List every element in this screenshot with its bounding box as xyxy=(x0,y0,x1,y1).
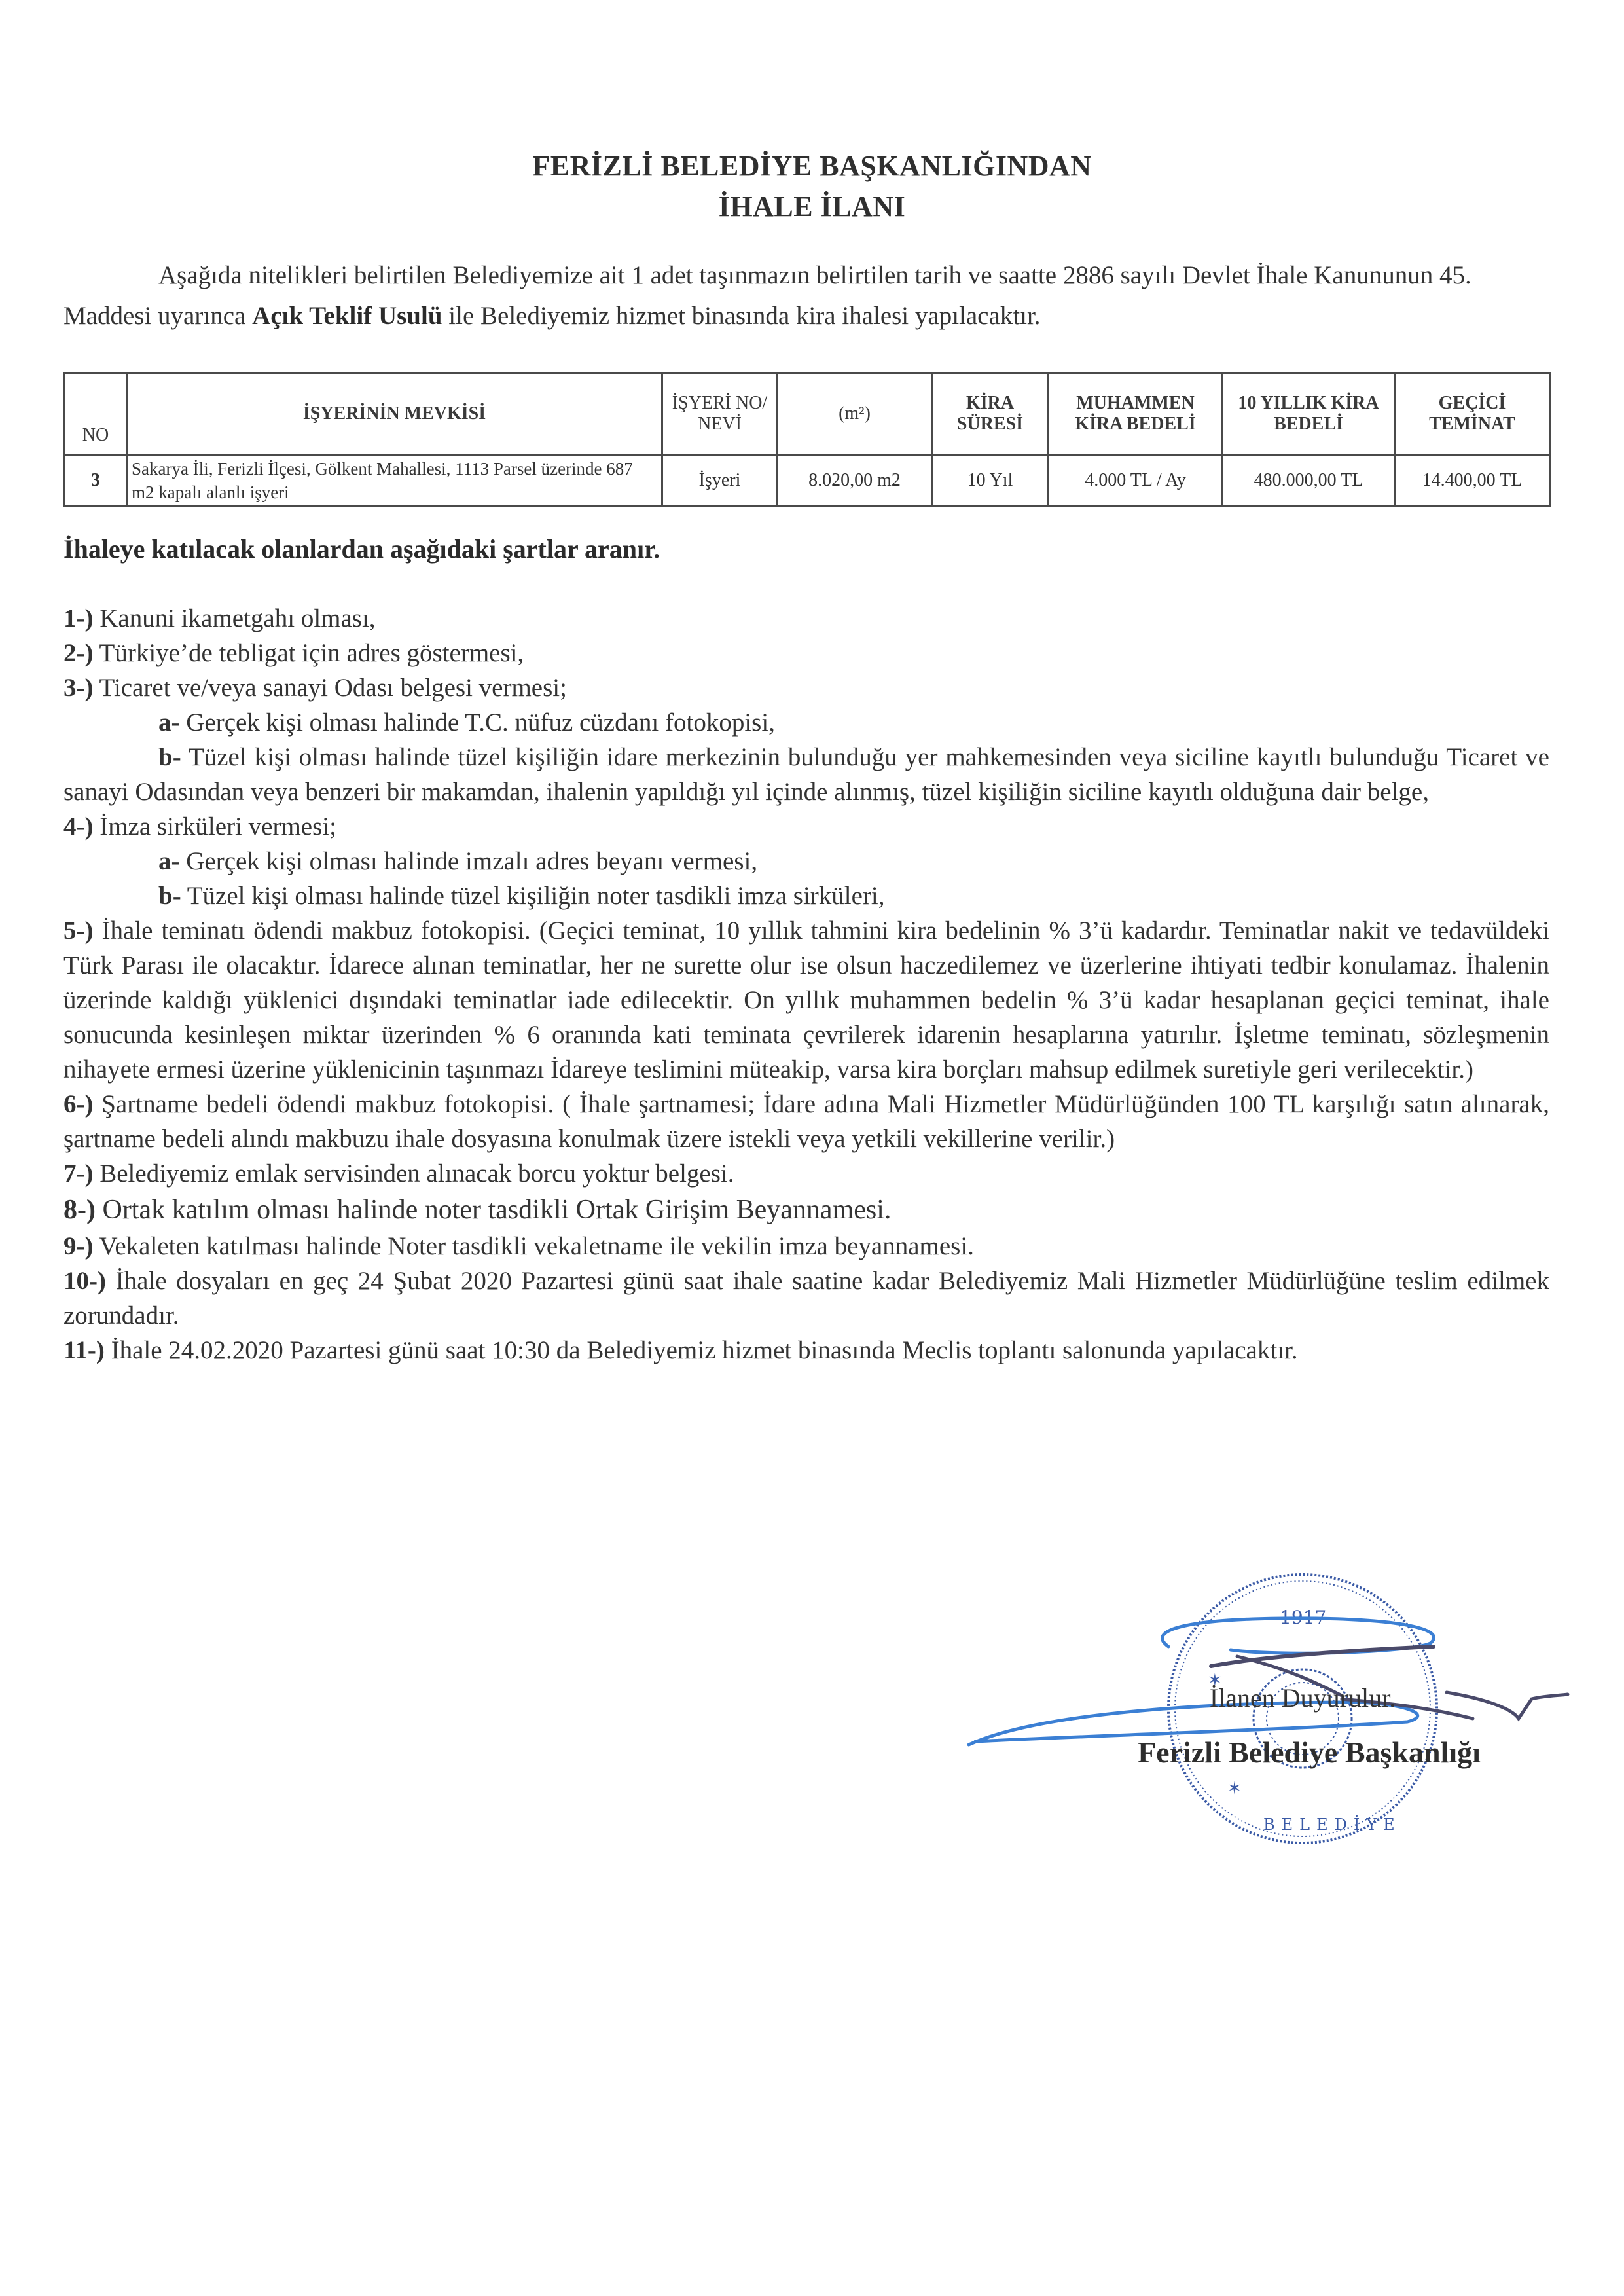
condition-item: 1-) Kanuni ikametgahı olması, xyxy=(63,601,1549,636)
col-header-estimated-rent: MUHAMMEN KİRA BEDELİ xyxy=(1049,373,1223,455)
condition-subitem: a- Gerçek kişi olması halinde imzalı adr… xyxy=(63,844,1549,879)
condition-text: Ticaret ve/veya sanayi Odası belgesi ver… xyxy=(93,674,566,702)
intro-bold-method: Açık Teklif Usulü xyxy=(252,302,442,330)
condition-number: 8-) xyxy=(63,1195,96,1225)
condition-text: Ortak katılım olması halinde noter tasdi… xyxy=(96,1195,891,1225)
condition-text: Kanuni ikametgahı olması, xyxy=(93,604,375,632)
condition-item: 6-) Şartname bedeli ödendi makbuz fotoko… xyxy=(63,1087,1549,1156)
condition-item: 8-) Ortak katılım olması halinde noter t… xyxy=(63,1191,1549,1229)
condition-item: 4-) İmza sirküleri vermesi; xyxy=(63,809,1549,844)
issuer-text: Ferizli Belediye Başkanlığı xyxy=(1138,1735,1481,1770)
condition-number: 2-) xyxy=(63,639,93,667)
condition-number: 4-) xyxy=(63,812,93,841)
svg-text:BELEDİYE: BELEDİYE xyxy=(1263,1815,1401,1834)
cell-ten-year-rent: 480.000,00 TL xyxy=(1223,455,1395,507)
condition-subitem: a- Gerçek kişi olması halinde T.C. nüfuz… xyxy=(63,705,1549,740)
svg-text:✶: ✶ xyxy=(1227,1779,1242,1798)
condition-number: 7-) xyxy=(63,1159,93,1188)
cell-deposit: 14.400,00 TL xyxy=(1395,455,1550,507)
condition-number: 11-) xyxy=(63,1336,105,1364)
subitem-text: Gerçek kişi olması halinde imzalı adres … xyxy=(180,847,758,875)
intro-text-end: ile Belediyemiz hizmet binasında kira ih… xyxy=(442,302,1041,330)
subitem-text: Tüzel kişi olması halinde tüzel kişiliği… xyxy=(181,882,885,910)
condition-text: İhale teminatı ödendi makbuz fotokopisi.… xyxy=(63,917,1549,1084)
subitem-letter: b- xyxy=(158,743,181,771)
condition-item: 5-) İhale teminatı ödendi makbuz fotokop… xyxy=(63,913,1549,1087)
subitem-text: Tüzel kişi olması halinde tüzel kişiliği… xyxy=(63,743,1549,806)
condition-text: İhale 24.02.2020 Pazartesi günü saat 10:… xyxy=(105,1336,1298,1364)
cell-area: 8.020,00 m2 xyxy=(778,455,932,507)
col-header-area: (m²) xyxy=(778,373,932,455)
cell-duration: 10 Yıl xyxy=(932,455,1049,507)
condition-subitem: b- Tüzel kişi olması halinde tüzel kişil… xyxy=(63,740,1549,809)
condition-text: İmza sirküleri vermesi; xyxy=(93,812,336,841)
col-header-duration: KİRA SÜRESİ xyxy=(932,373,1049,455)
subitem-letter: a- xyxy=(158,708,180,737)
tender-table: NO İŞYERİNİN MEVKİSİ İŞYERİ NO/ NEVİ (m²… xyxy=(63,372,1551,507)
cell-location: Sakarya İli, Ferizli İlçesi, Gölkent Mah… xyxy=(127,455,662,507)
announcement-text: İlanen Duyurulur. xyxy=(1210,1683,1396,1713)
condition-number: 6-) xyxy=(63,1090,93,1118)
subitem-text: Gerçek kişi olması halinde T.C. nüfuz cü… xyxy=(180,708,775,737)
condition-number: 1-) xyxy=(63,604,93,632)
subitem-letter: a- xyxy=(158,847,180,875)
conditions-heading: İhaleye katılacak olanlardan aşağıdaki ş… xyxy=(63,534,660,564)
conditions-list: 1-) Kanuni ikametgahı olması,2-) Türkiye… xyxy=(63,601,1549,1368)
cell-no: 3 xyxy=(65,455,127,507)
col-header-no: NO xyxy=(65,373,127,455)
announcement-line: İlanen Duyurulur. xyxy=(1047,1683,1558,1713)
condition-item: 11-) İhale 24.02.2020 Pazartesi günü saa… xyxy=(63,1333,1549,1368)
condition-item: 10-) İhale dosyaları en geç 24 Şubat 202… xyxy=(63,1264,1549,1333)
issuer-line: Ferizli Belediye Başkanlığı xyxy=(1047,1735,1571,1770)
condition-subitem: b- Tüzel kişi olması halinde tüzel kişil… xyxy=(63,879,1549,913)
condition-number: 5-) xyxy=(63,917,93,945)
tender-notice-page: FERİZLİ BELEDİYE BAŞKANLIĞINDAN İHALE İL… xyxy=(0,0,1624,2296)
condition-text: Türkiye’de tebligat için adres göstermes… xyxy=(93,639,524,667)
condition-text: Vekaleten katılması halinde Noter tasdik… xyxy=(93,1232,973,1260)
condition-number: 3-) xyxy=(63,674,93,702)
table-header-row: NO İŞYERİNİN MEVKİSİ İŞYERİ NO/ NEVİ (m²… xyxy=(65,373,1550,455)
cell-type: İşyeri xyxy=(662,455,778,507)
condition-text: İhale dosyaları en geç 24 Şubat 2020 Paz… xyxy=(63,1267,1549,1330)
cell-estimated-rent: 4.000 TL / Ay xyxy=(1049,455,1223,507)
condition-item: 7-) Belediyemiz emlak servisinden alınac… xyxy=(63,1156,1549,1191)
condition-item: 9-) Vekaleten katılması halinde Noter ta… xyxy=(63,1229,1549,1264)
table-row: 3 Sakarya İli, Ferizli İlçesi, Gölkent M… xyxy=(65,455,1550,507)
condition-item: 2-) Türkiye’de tebligat için adres göste… xyxy=(63,636,1549,670)
condition-number: 10-) xyxy=(63,1267,106,1295)
intro-paragraph: Aşağıda nitelikleri belirtilen Belediyem… xyxy=(63,255,1549,337)
condition-text: Belediyemiz emlak servisinden alınacak b… xyxy=(93,1159,734,1188)
condition-number: 9-) xyxy=(63,1232,93,1260)
col-header-deposit: GEÇİCİ TEMİNAT xyxy=(1395,373,1550,455)
condition-item: 3-) Ticaret ve/veya sanayi Odası belgesi… xyxy=(63,670,1549,705)
condition-text: Şartname bedeli ödendi makbuz fotokopisi… xyxy=(63,1090,1549,1153)
col-header-type: İŞYERİ NO/ NEVİ xyxy=(662,373,778,455)
col-header-location: İŞYERİNİN MEVKİSİ xyxy=(127,373,662,455)
page-title: FERİZLİ BELEDİYE BAŞKANLIĞINDAN xyxy=(0,149,1624,183)
signature-block: 1917 BELEDİYE ✶ ✶ İlanen Duyurulur. Feri… xyxy=(1047,1558,1571,1833)
handwritten-signature-icon xyxy=(949,1558,1571,1755)
page-subtitle: İHALE İLANI xyxy=(0,190,1624,223)
subitem-letter: b- xyxy=(158,882,181,910)
col-header-ten-year-rent: 10 YILLIK KİRA BEDELİ xyxy=(1223,373,1395,455)
